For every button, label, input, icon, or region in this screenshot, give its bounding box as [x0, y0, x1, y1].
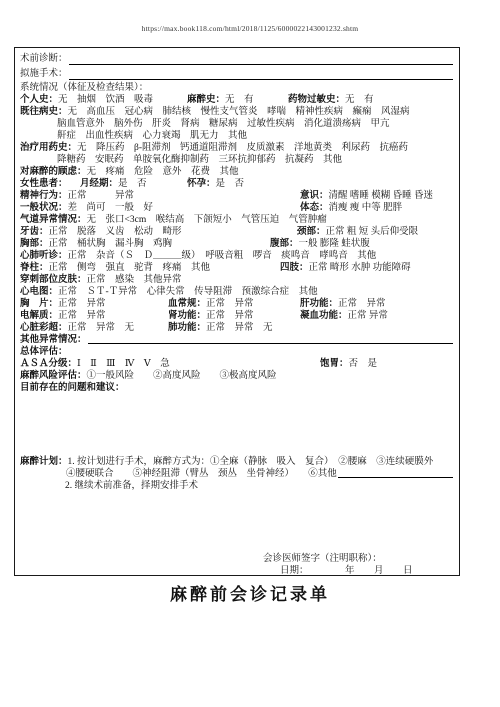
field-label: 女性患者：	[20, 179, 68, 189]
field-label: 凝血功能：	[300, 311, 348, 321]
field-label: 心肺听诊：	[20, 251, 68, 261]
field-options: 无 降压药 β-阻滞剂 钙通道阻滞剂 皮质激素 洋地黄类 利尿药 抗癌药	[77, 143, 408, 153]
field-options: 会诊医师签字（注明职称）：	[263, 554, 382, 564]
field-label: 麻醉风险评估：	[20, 371, 87, 381]
consultation-form: 术前诊断：拟施手术：系统情况（体征及检查结果）：个人史：无 抽烟 饮酒 吸毒麻醉…	[14, 47, 460, 576]
blank-underline	[69, 52, 453, 65]
field-options: 正常 异常	[338, 299, 386, 309]
field-options: 日期：	[280, 566, 309, 576]
field-label: 饱胃：	[320, 359, 349, 369]
form-row: 心脏彩超：正常 异常 无肺功能：正常 异常 无	[15, 322, 459, 334]
blank-underline	[338, 468, 453, 478]
field-options: Ⅰ Ⅱ Ⅲ Ⅳ Ⅴ 急	[77, 359, 170, 369]
field-options: 无 抽烟 饮酒 吸毒	[58, 95, 153, 105]
field-options: 正常 桶状胸 漏斗胸 鸡胸	[49, 239, 173, 249]
field-label: 体态：	[300, 203, 329, 213]
field-options: 一般 膨隆 蛙状腹	[299, 239, 370, 249]
field-options: 降糖药 安眠药 单胺氧化酶抑制药 三环抗抑郁药 抗凝药 其他	[57, 155, 342, 165]
form-row: 降糖药 安眠药 单胺氧化酶抑制药 三环抗抑郁药 抗凝药 其他	[15, 154, 459, 166]
form-row: 麻醉计划：1. 按计划进行手术，麻醉方式为：①全麻（静脉 吸入 复合） ②腰麻 …	[15, 456, 459, 468]
form-row: 治疗用药史：无 降压药 β-阻滞剂 钙通道阻滞剂 皮质激素 洋地黄类 利尿药 抗…	[15, 142, 459, 154]
field-options: 无 张口<3cm 喉结高 下颌短小 气管压迫 气管肿瘤	[87, 215, 327, 225]
field-options: 鼾症 出血性疾病 心力衰竭 肌无力 其他	[57, 131, 247, 141]
field-options: 正常 异常	[58, 311, 106, 321]
field-options: 无 有	[345, 95, 374, 105]
field-label: 一般状况：	[20, 203, 68, 213]
field-options: 系统情况（体征及检查结果）：	[20, 83, 148, 93]
form-row: 其他异常情况：	[15, 334, 459, 346]
field-options: 无 高血压 冠心病 肺结核 慢性支气管炎 哮喘 精神性疾病 癫痫 风湿病	[68, 107, 410, 117]
field-label: 肾功能：	[168, 311, 206, 321]
field-options: 正常 异常	[206, 311, 254, 321]
field-options: 正常 ＳＴ-Ｔ异常 心律失常 传导阻滞 预激综合症 其他	[58, 287, 318, 297]
form-row: 精神行为：正常 异常意识：清醒 嗜睡 模糊 昏睡 昏迷	[15, 190, 459, 202]
field-label: 肺功能：	[168, 323, 206, 333]
form-row: 牙齿：正常 脱落 义齿 松动 畸形颈部：正常 粗 短 头后仰受限	[15, 226, 459, 238]
field-options: 正常 异常 无	[206, 323, 273, 333]
field-label: 麻醉计划：	[20, 457, 68, 467]
field-options: 月	[374, 566, 384, 576]
field-label: 药物过敏史：	[288, 95, 345, 105]
field-label: 总体评估：	[20, 347, 68, 357]
field-label: 麻醉史：	[187, 95, 225, 105]
form-row: 个人史：无 抽烟 饮酒 吸毒麻醉史：无 有药物过敏史：无 有	[15, 94, 459, 106]
field-options: 是 否	[118, 179, 147, 189]
field-label: 怀孕：	[187, 179, 216, 189]
field-options: 否 是	[349, 359, 378, 369]
field-options: 年	[345, 566, 355, 576]
field-options: 脑血管意外 脑外伤 肝炎 肾病 糖尿病 过敏性疾病 消化道溃疡病 甲亢	[57, 119, 390, 129]
form-row: 2. 继续术前准备，择期安排手术	[15, 480, 459, 492]
field-label: 对麻醉的顾虑：	[20, 167, 87, 177]
field-label: 肝功能：	[300, 299, 338, 309]
field-options: 正常 杂音（Ｓ Ｄ＿＿＿级） 呼吸音粗 啰音 痰鸣音 哮鸣音 其他	[68, 251, 377, 261]
field-options: 清醒 嗜睡 模糊 昏睡 昏迷	[329, 191, 434, 201]
field-options: 正常 侧弯 强直 驼背 疼痛 其他	[49, 263, 211, 273]
field-label: 其他异常情况：	[20, 334, 87, 346]
field-label: 牙齿：	[20, 227, 49, 237]
field-options: 正常 异常	[68, 191, 135, 201]
form-row: 胸部：正常 桶状胸 漏斗胸 鸡胸腹部：一般 膨隆 蛙状腹	[15, 238, 459, 250]
field-label: 个人史：	[20, 95, 58, 105]
field-label: 颈部：	[297, 227, 326, 237]
form-row: 系统情况（体征及检查结果）：	[15, 82, 459, 94]
field-options: ①一般风险 ②高度风险 ③极高度风险	[87, 371, 277, 381]
field-label: 精神行为：	[20, 191, 68, 201]
source-url: https://max.book118.com/html/2018/1125/6…	[0, 24, 500, 33]
form-spacer	[15, 492, 459, 553]
field-label: 腹部：	[270, 239, 299, 249]
blank-underline	[69, 67, 453, 80]
field-label: 目前存在的问题和建议：	[20, 383, 125, 393]
form-row: 女性患者：月经期：是 否怀孕：是 否	[15, 178, 459, 190]
blank-underline	[88, 334, 453, 344]
field-label: 治疗用药史：	[20, 143, 77, 153]
field-label: 意识：	[300, 191, 329, 201]
field-options: 消瘦 瘦 中等 肥胖	[329, 203, 403, 213]
form-row: 总体评估：	[15, 346, 459, 358]
form-spacer	[15, 394, 459, 456]
form-row: 脑血管意外 脑外伤 肝炎 肾病 糖尿病 过敏性疾病 消化道溃疡病 甲亢	[15, 118, 459, 130]
field-label: 胸 片：	[20, 299, 58, 309]
form-row: 日期：年月日	[15, 565, 459, 577]
form-row: 术前诊断：	[15, 52, 459, 67]
form-row: 穿刺部位皮肤：正常 感染 其他异常	[15, 274, 459, 286]
field-options: 术前诊断：	[20, 52, 68, 67]
form-row: 气道异常情况：无 张口<3cm 喉结高 下颌短小 气管压迫 气管肿瘤	[15, 214, 459, 226]
form-row: 心电图：正常 ＳＴ-Ｔ异常 心律失常 传导阻滞 预激综合症 其他	[15, 286, 459, 298]
field-options: 正常 异常	[58, 299, 106, 309]
form-row: 既往病史：无 高血压 冠心病 肺结核 慢性支气管炎 哮喘 精神性疾病 癫痫 风湿…	[15, 106, 459, 118]
field-options: 正常 异常 无	[68, 323, 135, 333]
field-label: 心脏彩超：	[20, 323, 68, 333]
field-label: 胸部：	[20, 239, 49, 249]
field-label: 穿刺部位皮肤：	[20, 275, 87, 285]
field-options: 1. 按计划进行手术，麻醉方式为：①全麻（静脉 吸入 复合） ②腰麻 ③连续硬膜…	[68, 457, 434, 467]
field-options: 无 有	[225, 95, 254, 105]
field-options: 正常 异常	[348, 311, 388, 321]
form-row: 会诊医师签字（注明职称）：	[15, 553, 459, 565]
field-options: 正常 感染 其他异常	[87, 275, 182, 285]
field-options: 差 尚可 一般 好	[68, 203, 154, 213]
field-label: 电解质：	[20, 311, 58, 321]
field-options: 是 否	[216, 179, 245, 189]
form-row: 胸 片：正常 异常血常规：正常 异常肝功能：正常 异常	[15, 298, 459, 310]
field-options: 日	[403, 566, 413, 576]
field-options: ④腰硬联合 ⑤神经阻滞（臂丛 颈丛 坐骨神经） ⑥其他	[66, 468, 337, 480]
field-label: 气道异常情况：	[20, 215, 87, 225]
field-label: 血常规：	[168, 299, 206, 309]
form-row: 目前存在的问题和建议：	[15, 382, 459, 394]
field-label: 四肢：	[280, 263, 309, 273]
form-row: 麻醉风险评估：①一般风险 ②高度风险 ③极高度风险	[15, 370, 459, 382]
field-options: 正常 异常	[206, 299, 254, 309]
field-options: 拟施手术：	[20, 67, 68, 82]
field-options: 无 疼痛 危险 意外 花费 其他	[87, 167, 239, 177]
field-options: 正常 粗 短 头后仰受限	[326, 227, 419, 237]
form-row: 心肺听诊：正常 杂音（Ｓ Ｄ＿＿＿级） 呼吸音粗 啰音 痰鸣音 哮鸣音 其他	[15, 250, 459, 262]
form-row: ＡＳＡ分级：Ⅰ Ⅱ Ⅲ Ⅳ Ⅴ 急饱胃：否 是	[15, 358, 459, 370]
field-label: ＡＳＡ分级：	[20, 359, 77, 369]
form-row: 鼾症 出血性疾病 心力衰竭 肌无力 其他	[15, 130, 459, 142]
form-row: 一般状况：差 尚可 一般 好体态：消瘦 瘦 中等 肥胖	[15, 202, 459, 214]
form-row: 脊柱：正常 侧弯 强直 驼背 疼痛 其他四肢：正常 畸形 水肿 功能障碍	[15, 262, 459, 274]
document-title: 麻醉前会诊记录单	[0, 580, 500, 605]
form-row: 电解质：正常 异常肾功能：正常 异常凝血功能：正常 异常	[15, 310, 459, 322]
form-row: ④腰硬联合 ⑤神经阻滞（臂丛 颈丛 坐骨神经） ⑥其他	[15, 468, 459, 480]
field-label: 心电图：	[20, 287, 58, 297]
field-options: 正常 脱落 义齿 松动 畸形	[49, 227, 182, 237]
field-label: 脊柱：	[20, 263, 49, 273]
field-options: 正常 畸形 水肿 功能障碍	[309, 263, 411, 273]
field-label: 既往病史：	[20, 107, 68, 117]
field-options: 2. 继续术前准备，择期安排手术	[65, 481, 198, 491]
form-row: 拟施手术：	[15, 67, 459, 82]
field-label: 月经期：	[80, 179, 118, 189]
form-row: 对麻醉的顾虑：无 疼痛 危险 意外 花费 其他	[15, 166, 459, 178]
